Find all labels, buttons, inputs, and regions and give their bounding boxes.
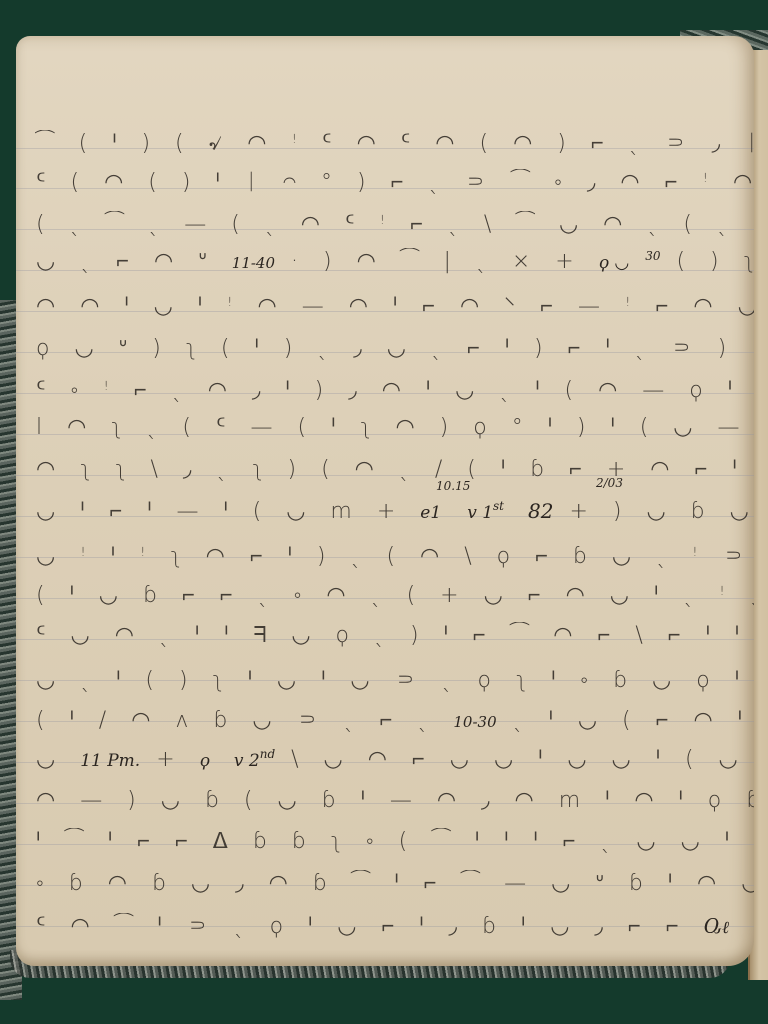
- shorthand-strokes: \ ◡ ◠ ⌐ ◡ ◡ ᑊ ◡ ◡ ᑊ ( ◡ — ᑊ: [291, 747, 754, 772]
- longhand-time: 11 Pm.: [80, 751, 140, 771]
- longhand-superscript: st: [493, 499, 504, 513]
- shorthand-line: ◡ 11 Pm. + ϙ v 2nd \ ◡ ◠ ⌐ ◡ ◡ ᑊ ◡ ◡ ᑊ (…: [36, 746, 730, 786]
- longhand-number: 82: [528, 499, 553, 523]
- shorthand-strokes: ◡ ˎ ⌐ ◠ ᐡ: [36, 249, 216, 274]
- shorthand-strokes: ◡ ˎ ᑊ ( ) ʅ ᑊ ◡ ᑊ ◡ ⸧ ˎ ϙ ʅ ᑊ ◦ ɓ ◡ ϙ ᑊ …: [36, 668, 754, 693]
- shorthand-line: ◠ — ) ◡ ɓ ( ◡ ɓ ᑊ — ◠ ◞ ◠ ⅿ ᑊ ◠ ᑊ ϙ ɓ ◠ …: [36, 788, 730, 828]
- longhand-note: v 1: [467, 503, 493, 523]
- shorthand-strokes: ᑦ ◡ ◠ ˎ ᑊ ᑊ ᖷ ◡ ϙ ˎ ) ᑊ ⌐ ⁀ ◠ ⌐ \ ⌐ ᑊ ᑊ …: [36, 623, 754, 648]
- shorthand-strokes: · ) ◠ ⁀ | ˎ × +: [291, 249, 583, 274]
- shorthand-strokes: ◠ ◠ ᑊ ◡ ᑊ ꜝ ◠ — ◠ ᑊ ⌐ ◠ ⸌ ⌐ — ꜝ ⌐ ◠ ◡ +: [36, 294, 754, 319]
- longhand-note: ϙ: [200, 751, 210, 771]
- shorthand-strokes: ( ) ʅ ʅ ⌐ ˎ ꜝ: [676, 249, 754, 274]
- shorthand-strokes: ( ˎ ⁀ ˎ — ( ˎ ◠ ᑦ ꜝ ⌐ ˎ \ ⁀ ◡ ◠ ˎ ( ˎ ⸝ …: [36, 212, 754, 237]
- shorthand-line: ◠ ◠ ᑊ ◡ ᑊ ꜝ ◠ — ◠ ᑊ ⌐ ◠ ⸌ ⌐ — ꜝ ⌐ ◠ ◡ +: [36, 290, 730, 330]
- shorthand-strokes: ˎ ᑊ ◡ ( ⌐ ◠ ᑊ ◡ ˎ ᑊ ᖷ: [513, 708, 754, 733]
- shorthand-strokes: ᑦ ◠ ⁀ ᑊ ⸧ ˎ ϙ ᑊ ◡ ⌐ ᑊ ◞ ɓ ᑊ ◡ ◞ ⌐ ⌐: [36, 914, 688, 939]
- shorthand-line: ◡ ᑊ ⌐ ᑊ — ᑊ ( ◡ ⅿ + e1 v 1st 82 + ) ◡ ɓ …: [36, 498, 730, 538]
- shorthand-line: ᑦ ◡ ◠ ˎ ᑊ ᑊ ᖷ ◡ ϙ ˎ ) ᑊ ⌐ ⁀ ◠ ⌐ \ ⌐ ᑊ ᑊ …: [36, 622, 730, 662]
- shorthand-strokes: ◠ ʅ ʅ \ ◞ ˎ ʅ ) ( ◠ ˎ / ( ᑊ ɓ ⌐ + ◠ ⌐ ᑊ: [36, 457, 746, 482]
- longhand-time: 11-40: [232, 254, 275, 272]
- longhand-note: e1: [420, 503, 441, 523]
- notebook-page: ⁀ ( ᑊ ) ( ৵ ◠ ꜝ ᑦ ◠ ᑦ ◠ ( ◠ ) ⌐ ˎ ⸧ ◞ ᛁ …: [16, 36, 754, 966]
- shorthand-line: ᑦ ◦ ꜝ ⌐ ˎ ◠ ◞ ᑊ ) ◞ ◠ ᑊ ◡ ˎ ᑊ ( ◠ — ϙ ᑊ …: [36, 374, 730, 414]
- shorthand-line: ᑊ ⁀ ᑊ ⌐ ⌐ ᐃ ɓ ɓ ʅ ◦ ( ⁀ ᑊ ᑊ ᑊ ⌐ ˎ ◡ ◡ ᑊ: [36, 828, 730, 868]
- shorthand-strokes: ⅼ ◠ ʅ ˎ ( ᑦ — ( ᑊ ʅ ◠ ) ϙ ° ᑊ ) ᑊ ( ◡ — …: [36, 415, 754, 440]
- shorthand-line: ◡ ꜝ ᑊ ꜝ ʅ ◠ ⌐ ᑊ ) ˎ ( ◠ \ ϙ ⌐ ɓ ◡ ˎ ꜝ ⸧ …: [36, 540, 730, 580]
- shorthand-strokes: +: [156, 747, 183, 772]
- shorthand-strokes: ϙ ◡ ᐡ ) ʅ ( ᑊ ) ˎ ◞ ◡ ˎ ⌐ ᑊ ) ⌐ ᑊ ˎ ⸧ ) …: [36, 336, 754, 361]
- shorthand-line: ◡ ˎ ⌐ ◠ ᐡ 11-40 · ) ◠ ⁀ | ˎ × + ϙ ◡ 30 (…: [36, 248, 730, 288]
- shorthand-line: ᑦ ◠ ⁀ ᑊ ⸧ ˎ ϙ ᑊ ◡ ⌐ ᑊ ◞ ɓ ᑊ ◡ ◞ ⌐ ⌐ Ⴍℓ: [36, 910, 730, 950]
- longhand-superscript: nd: [260, 747, 275, 761]
- shorthand-strokes: ⁀ ( ᑊ ) ( ৵ ◠ ꜝ ᑦ ◠ ᑦ ◠ ( ◠ ) ⌐ ˎ ⸧ ◞ ᛁ …: [36, 131, 754, 156]
- shorthand-strokes: ( ᑊ ◡ ɓ ⌐ ⌐ ˎ ◦ ◠ ˎ ( + ◡ ⌐ ◠ ◡ ᑊ ˎ ꜝ ˎ …: [36, 583, 754, 608]
- shorthand-strokes: ◠ — ) ◡ ɓ ( ◡ ɓ ᑊ — ◠ ◞ ◠ ⅿ ᑊ ◠ ᑊ ϙ ɓ ◠ …: [36, 788, 754, 813]
- shorthand-strokes: ◦ ɓ ◠ ɓ ◡ ◞ ◠ ɓ ⁀ ᑊ ⌐ ⁀ — ◡ ᐡ ɓ ᑊ ◠ ◡ ᑊ …: [36, 871, 754, 896]
- shorthand-strokes: ◡ ꜝ ᑊ ꜝ ʅ ◠ ⌐ ᑊ ) ˎ ( ◠ \ ϙ ⌐ ɓ ◡ ˎ ꜝ ⸧ …: [36, 544, 754, 569]
- longhand-number: 30: [645, 249, 660, 263]
- shorthand-line: ᑦ ( ◠ ( ) ᑊ ᛁ ◠ ° ) ⌐ ˎ ⸧ ⁀ ◦ ◞ ◠ ⌐ ꜝ ◠ …: [36, 166, 730, 206]
- shorthand-strokes: ᑦ ◦ ꜝ ⌐ ˎ ◠ ◞ ᑊ ) ◞ ◠ ᑊ ◡ ˎ ᑊ ( ◠ — ϙ ᑊ …: [36, 378, 754, 403]
- longhand-note: v 2: [234, 751, 260, 771]
- shorthand-line: ( ᑊ ◡ ɓ ⌐ ⌐ ˎ ◦ ◠ ˎ ( + ◡ ⌐ ◠ ◡ ᑊ ˎ ꜝ ˎ …: [36, 582, 730, 622]
- shorthand-line: ( ᑊ / ◠ ʌ ɓ ◡ ⸧ ˎ ⌐ ˎ 10-30 ˎ ᑊ ◡ ( ⌐ ◠ …: [36, 704, 730, 744]
- shorthand-line: ◠ ʅ ʅ \ ◞ ˎ ʅ ) ( ◠ ˎ / ( ᑊ ɓ ⌐ + ◠ ⌐ ᑊ: [36, 456, 730, 496]
- shorthand-strokes: ◡: [36, 747, 64, 772]
- longhand-small-note: 2/03: [596, 476, 623, 490]
- longhand-abbreviation: Ⴍℓ: [704, 918, 730, 938]
- shorthand-strokes: ᑦ ( ◠ ( ) ᑊ ᛁ ◠ ° ) ⌐ ˎ ⸧ ⁀ ◦ ◞ ◠ ⌐ ꜝ ◠ …: [36, 170, 754, 195]
- shorthand-strokes: ᑊ ⁀ ᑊ ⌐ ⌐ ᐃ ɓ ɓ ʅ ◦ ( ⁀ ᑊ ᑊ ᑊ ⌐ ˎ ◡ ◡ ᑊ: [36, 829, 738, 854]
- shorthand-line: ◡ ˎ ᑊ ( ) ʅ ᑊ ◡ ᑊ ◡ ⸧ ˎ ϙ ʅ ᑊ ◦ ɓ ◡ ϙ ᑊ …: [36, 664, 730, 704]
- shorthand-line: ϙ ◡ ᐡ ) ʅ ( ᑊ ) ˎ ◞ ◡ ˎ ⌐ ᑊ ) ⌐ ᑊ ˎ ⸧ ) …: [36, 332, 730, 372]
- shorthand-line: ◦ ɓ ◠ ɓ ◡ ◞ ◠ ɓ ⁀ ᑊ ⌐ ⁀ — ◡ ᐡ ɓ ᑊ ◠ ◡ ᑊ …: [36, 870, 730, 910]
- longhand-small-note: 10.15: [436, 479, 470, 493]
- longhand-note: ϙ ◡: [599, 253, 629, 273]
- shorthand-line: ( ˎ ⁀ ˎ — ( ˎ ◠ ᑦ ꜝ ⌐ ˎ \ ⁀ ◡ ◠ ˎ ( ˎ ⸝ …: [36, 208, 730, 248]
- shorthand-strokes: ◡ ᑊ ⌐ ᑊ — ᑊ ( ◡ ⅿ +: [36, 499, 404, 524]
- shorthand-line: ⅼ ◠ ʅ ˎ ( ᑦ — ( ᑊ ʅ ◠ ) ϙ ° ᑊ ) ᑊ ( ◡ — …: [36, 414, 730, 454]
- shorthand-strokes: + ) ◡ ɓ ◡ ᑊ ): [569, 499, 754, 524]
- shorthand-strokes: ( ᑊ / ◠ ʌ ɓ ◡ ⸧ ˎ ⌐ ˎ: [36, 708, 437, 733]
- longhand-time: 10-30: [453, 713, 496, 731]
- shorthand-line: ⁀ ( ᑊ ) ( ৵ ◠ ꜝ ᑦ ◠ ᑦ ◠ ( ◠ ) ⌐ ˎ ⸧ ◞ ᛁ …: [36, 126, 730, 166]
